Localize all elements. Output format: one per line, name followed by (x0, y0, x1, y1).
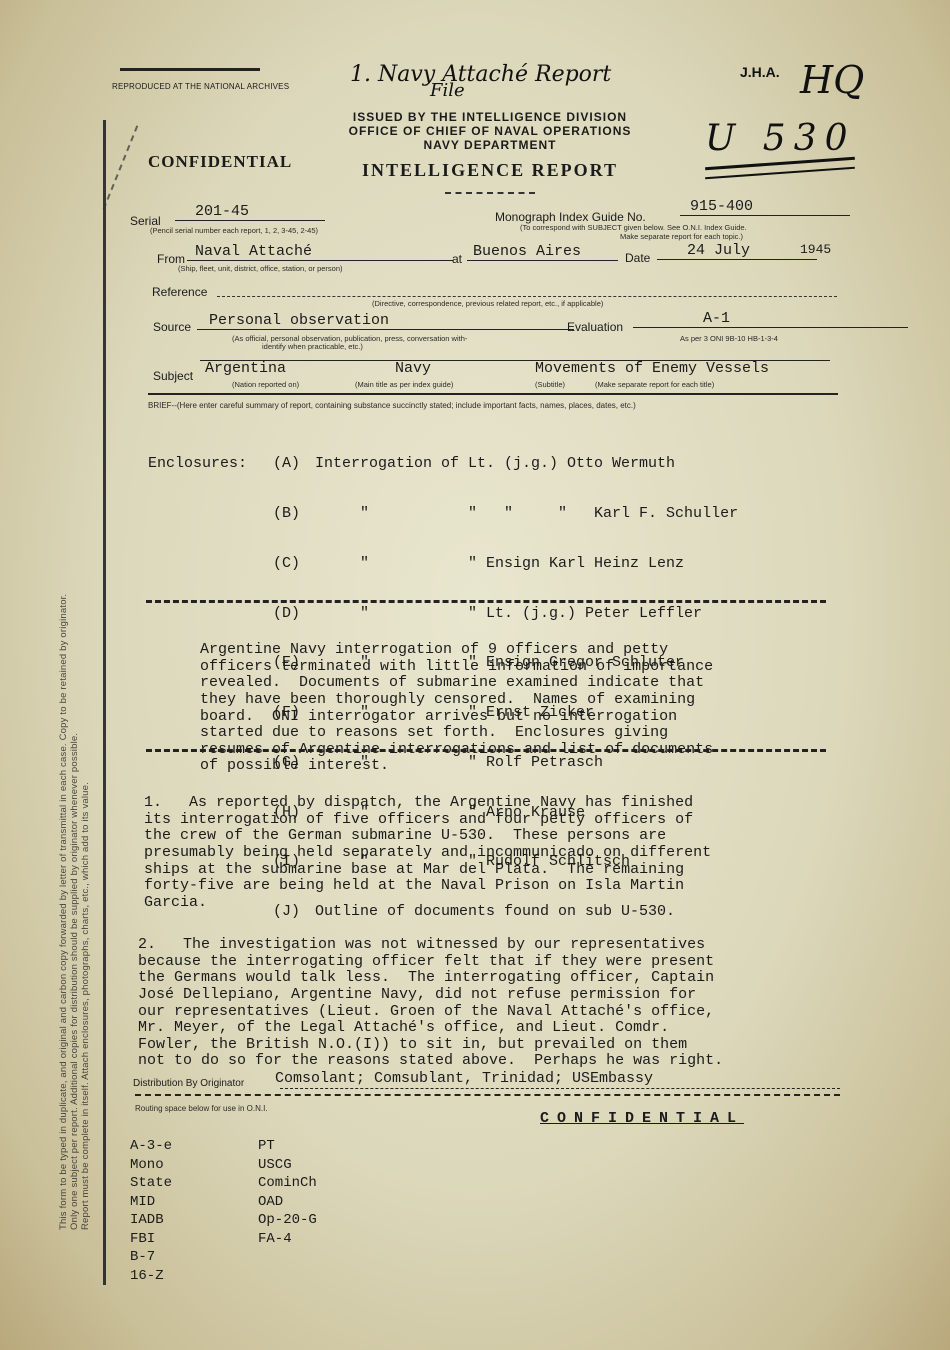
distribution-line (280, 1088, 840, 1089)
subject-sub: Movements of Enemy Vessels (535, 360, 769, 377)
handwritten-note-file: File (430, 80, 465, 101)
monograph-help: (To correspond with SUBJECT given below.… (520, 223, 747, 232)
source-label: Source (153, 320, 191, 334)
routing-row: B-7 (130, 1248, 317, 1267)
margin-instructions: This form to be typed in duplicate, and … (58, 330, 91, 1230)
routing-row: A-3-ePT (130, 1137, 317, 1156)
monograph-help-2: Make separate report for each topic.) (620, 232, 743, 241)
archive-stamp: REPRODUCED AT THE NATIONAL ARCHIVES (112, 82, 289, 91)
page-title: INTELLIGENCE REPORT (300, 160, 680, 181)
from-value: Naval Attaché (187, 243, 453, 261)
year-value: 1945 (800, 242, 831, 257)
evaluation-value: A-1 (633, 310, 908, 328)
routing-row: IADBOp-20-G (130, 1211, 317, 1230)
subject-nation: Argentina (205, 360, 286, 377)
subject-nation-help: (Nation reported on) (232, 380, 299, 389)
summary-bottom-rule (146, 749, 826, 752)
routing-row: MIDOAD (130, 1193, 317, 1212)
subject-main: Navy (395, 360, 431, 377)
at-value: Buenos Aires (467, 243, 618, 261)
date-value: 24 July (657, 242, 817, 260)
title-rule (445, 192, 535, 194)
header-issuer: ISSUED BY THE INTELLIGENCE DIVISION (300, 110, 680, 124)
paragraph-2: 2. The investigation was not witnessed b… (138, 904, 723, 1087)
distribution-label: Distribution By Originator (133, 1078, 244, 1089)
header-department: NAVY DEPARTMENT (300, 138, 680, 152)
serial-value: 201-45 (175, 203, 325, 221)
margin-rule (103, 120, 106, 1285)
reference-help: (Directive, correspondence, previous rel… (372, 299, 603, 308)
routing-row: 16-Z (130, 1267, 317, 1286)
pen-mark (103, 125, 176, 224)
header-office: OFFICE OF CHIEF OF NAVAL OPERATIONS (300, 124, 680, 138)
classification-stamp: CONFIDENTIAL (148, 152, 292, 172)
brief-help: BRIEF--(Here enter careful summary of re… (148, 401, 636, 410)
handwritten-initials: J.H.A. (740, 64, 780, 80)
subject-main-help: (Main title as per index guide) (355, 380, 453, 389)
date-label: Date (625, 251, 650, 265)
serial-help: (Pencil serial number each report, 1, 2,… (150, 226, 318, 235)
monograph-label: Monograph Index Guide No. (495, 210, 646, 224)
subject-note: (Make separate report for each title) (595, 380, 714, 389)
from-help: (Ship, fleet, unit, district, office, st… (178, 264, 343, 273)
summary-top-rule (146, 600, 826, 603)
reference-line (217, 296, 837, 297)
at-label: at (452, 252, 462, 266)
routing-row: StateCominCh (130, 1174, 317, 1193)
distribution-value: Comsolant; Comsublant, Trinidad; USEmbas… (275, 1070, 653, 1087)
routing-row: FBIFA-4 (130, 1230, 317, 1249)
routing-row: MonoUSCG (130, 1156, 317, 1175)
handwritten-sub-number: U 530 (705, 118, 856, 159)
evaluation-help: As per 3 ONI 9B-10 HB-1-3-4 (680, 334, 778, 343)
evaluation-label: Evaluation (567, 320, 623, 334)
routing-label: Routing space below for use in O.N.I. (135, 1104, 268, 1113)
reference-label: Reference (152, 285, 207, 299)
handwritten-note: 1. Navy Attaché Report (350, 62, 611, 87)
classification-footer: CONFIDENTIAL (540, 1110, 744, 1127)
monograph-value: 915-400 (680, 198, 850, 216)
enclosure-item: (B) " " " " Karl F. Schuller (148, 506, 738, 523)
source-help-2: identify when practicable, etc.) (262, 342, 363, 351)
subject-sub-help: (Subtitle) (535, 380, 565, 389)
routing-list: A-3-ePT MonoUSCG StateCominCh MIDOAD IAD… (130, 1137, 317, 1285)
handwritten-initials-2: HQ (800, 58, 864, 102)
source-value: Personal observation (197, 312, 574, 330)
subject-label: Subject (153, 369, 193, 383)
enclosure-item: (C) " " Ensign Karl Heinz Lenz (148, 556, 738, 573)
distribution-rule (135, 1094, 840, 1096)
archive-stamp-bar (120, 68, 260, 71)
enclosure-item: Enclosures:(A)Interrogation of Lt. (j.g.… (148, 456, 738, 473)
subject-rule (148, 393, 838, 395)
